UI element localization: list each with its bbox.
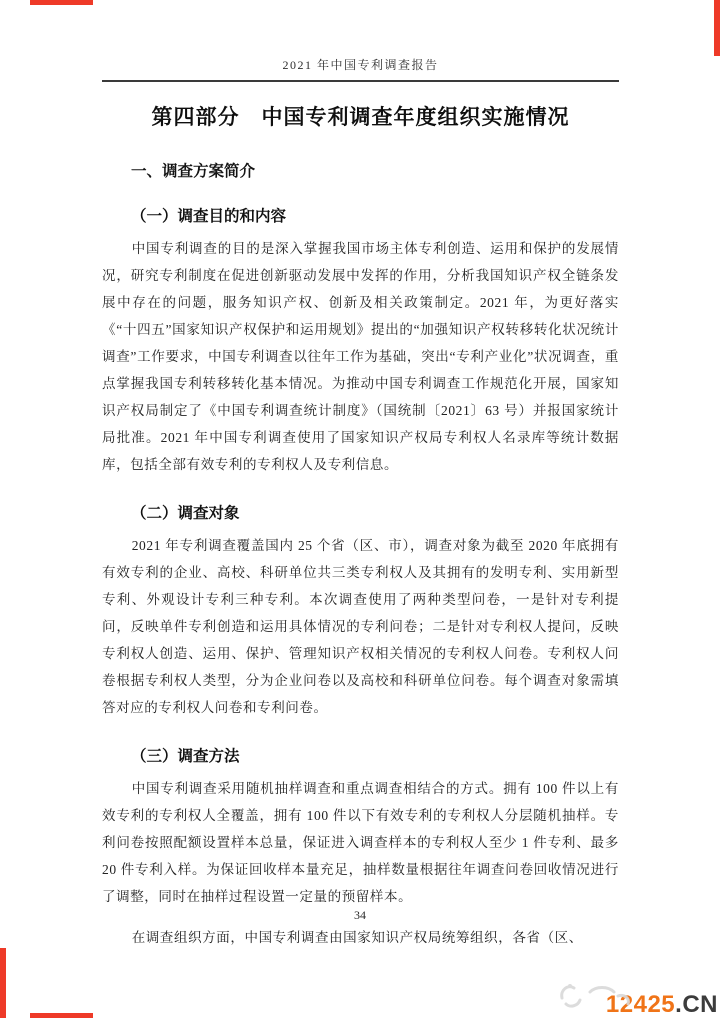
header-rule bbox=[102, 80, 619, 82]
watermark-logo-icon bbox=[556, 978, 634, 1017]
section-heading-survey-plan: 一、调查方案简介 bbox=[102, 159, 619, 181]
paragraph-survey-method: 中国专利调查采用随机抽样调查和重点调查相结合的方式。拥有 100 件以上有效专利… bbox=[102, 775, 619, 910]
paragraph-purpose-content: 中国专利调查的目的是深入掌握我国市场主体专利创造、运用和保护的发展情况，研究专利… bbox=[102, 235, 619, 478]
paragraph-survey-organization: 在调查组织方面，中国专利调查由国家知识产权局统筹组织，各省（区、 bbox=[102, 924, 619, 951]
scan-frame-mark-top bbox=[30, 0, 93, 5]
sub-heading-purpose-content: （一）调查目的和内容 bbox=[102, 204, 619, 226]
scan-frame-mark-right bbox=[714, 0, 720, 56]
scan-frame-mark-bottom bbox=[30, 1013, 93, 1018]
watermark: 12425.CN bbox=[556, 978, 718, 1017]
page-title: 第四部分 中国专利调查年度组织实施情况 bbox=[102, 101, 619, 131]
page-number: 34 bbox=[0, 908, 720, 923]
watermark-suffix: .CN bbox=[675, 991, 718, 1018]
document-page: 2021 年中国专利调查报告 第四部分 中国专利调查年度组织实施情况 一、调查方… bbox=[102, 0, 619, 964]
sub-heading-survey-method: （三）调查方法 bbox=[102, 744, 619, 766]
running-header: 2021 年中国专利调查报告 bbox=[102, 56, 619, 73]
sub-heading-survey-targets: （二）调查对象 bbox=[102, 501, 619, 523]
paragraph-survey-targets: 2021 年专利调查覆盖国内 25 个省（区、市），调查对象为截至 2020 年… bbox=[102, 532, 619, 721]
scan-frame-mark-left bbox=[0, 948, 6, 1018]
